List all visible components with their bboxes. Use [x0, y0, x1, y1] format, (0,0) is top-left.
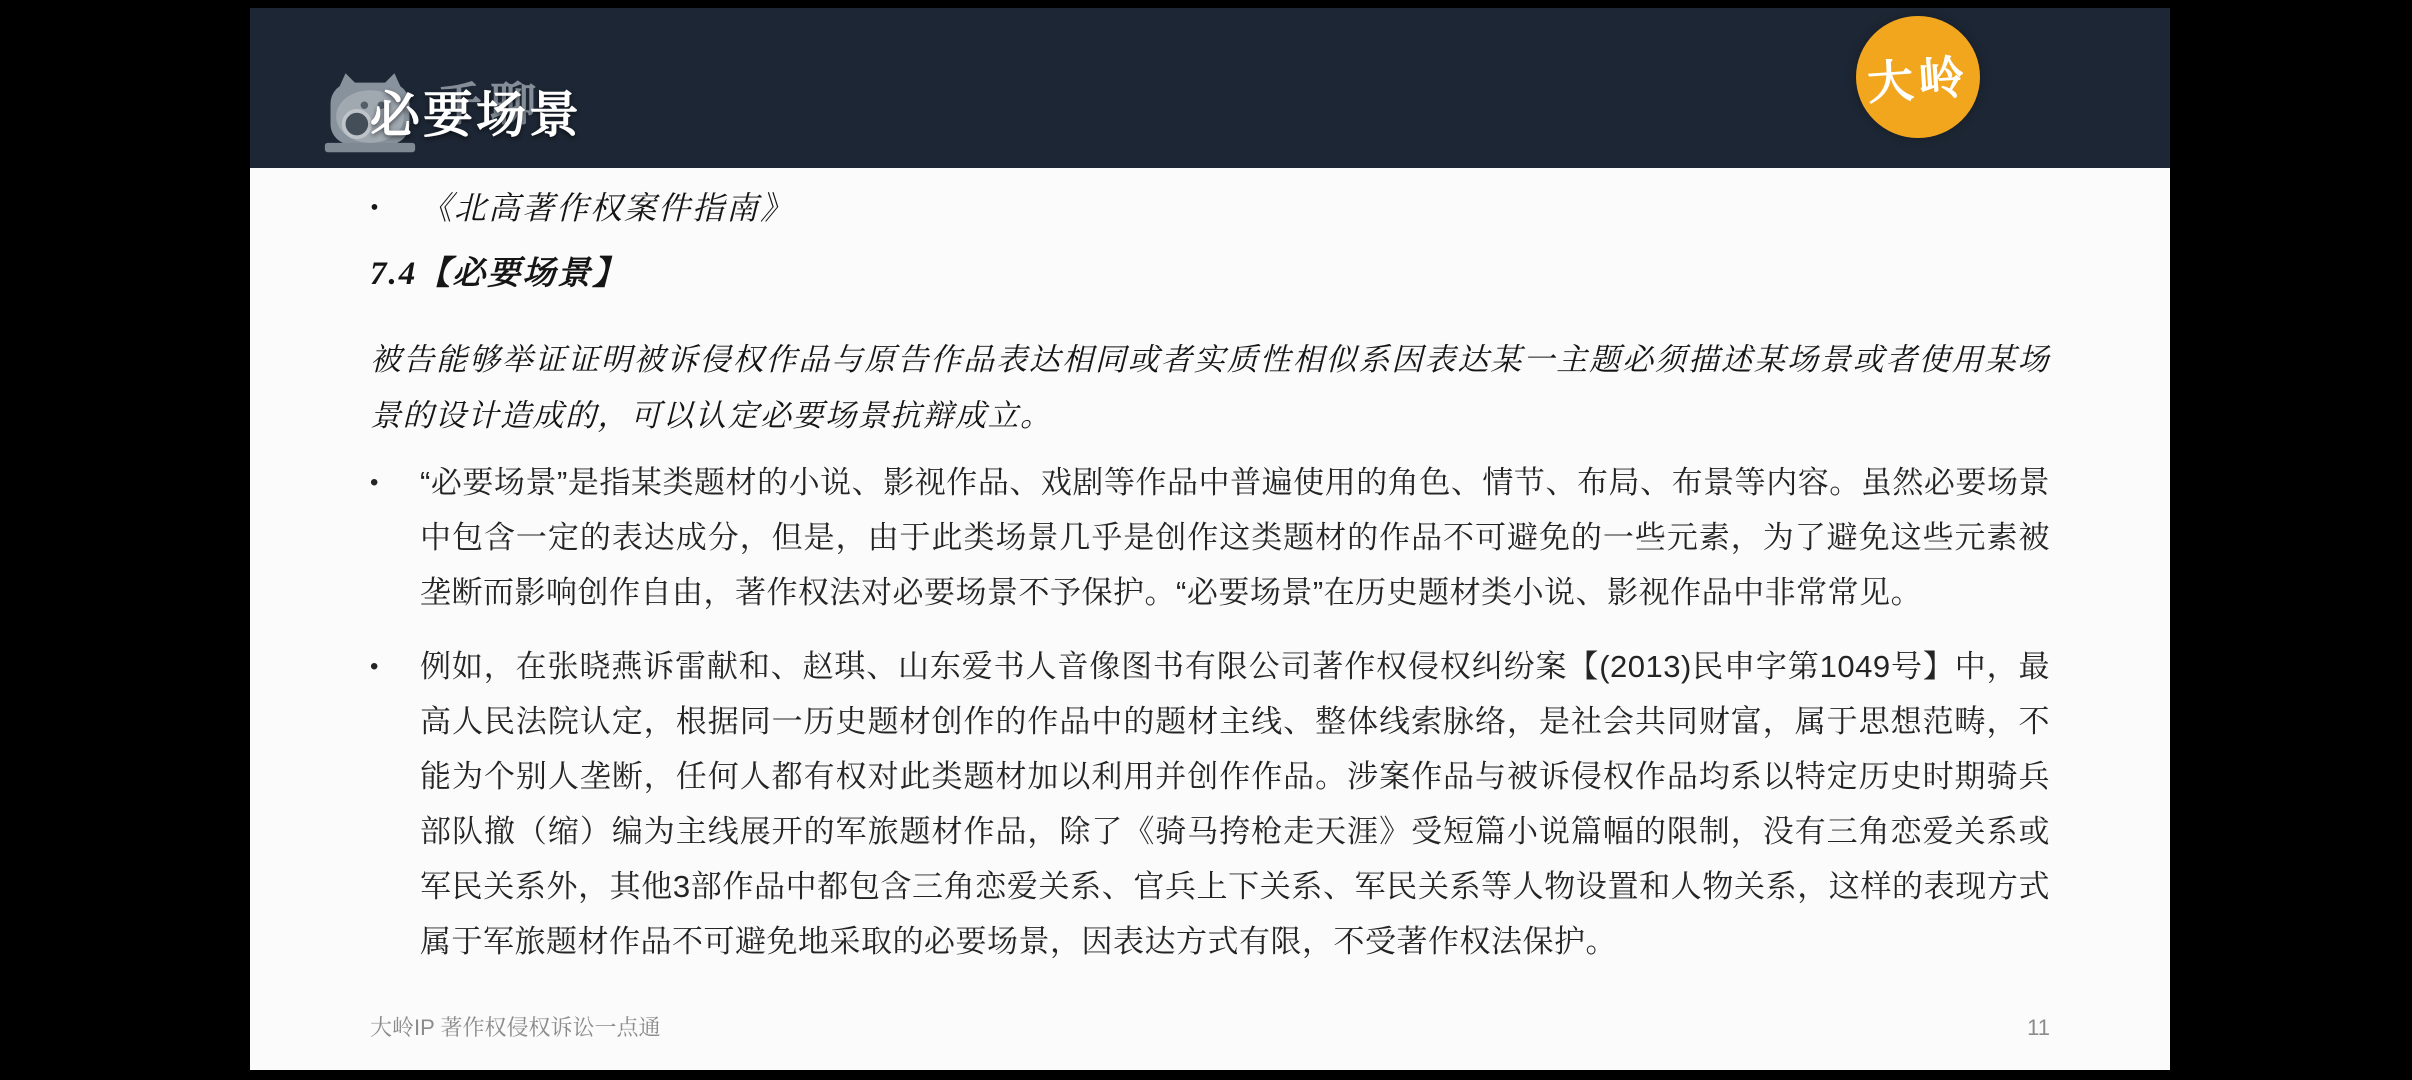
definition-bullet: • “必要场景”是指某类题材的小说、影视作品、戏剧等作品中普遍使用的角色、情节、… [370, 455, 2050, 620]
bullet-marker: • [370, 180, 420, 236]
case-example-bullet: • 例如，在张晓燕诉雷献和、赵琪、山东爱书人音像图书有限公司著作权侵权纠纷案【(… [370, 639, 2050, 969]
rule-paragraph: 被告能够举证证明被诉侵权作品与原告作品表达相同或者实质性相似系因表达某一主题必须… [370, 332, 2050, 444]
reference-title: 《北高著作权案件指南》 [420, 180, 794, 236]
section-heading: 7.4【必要场景】 [370, 246, 2050, 302]
footer-brand-text: 大岭IP 著作权侵权诉讼一点通 [370, 1011, 661, 1042]
slide-header: 千聊 必要场景 大岭 [250, 8, 2170, 168]
slide-body: • 《北高著作权案件指南》 7.4【必要场景】 被告能够举证证明被诉侵权作品与原… [250, 180, 2170, 969]
presentation-slide: 千聊 必要场景 大岭 • 《北高著作权案件指南》 7.4【必要场景】 被告能够举… [250, 8, 2170, 1070]
daling-logo-badge: 大岭 [1856, 16, 1980, 138]
bullet-marker: • [370, 639, 420, 969]
definition-text: “必要场景”是指某类题材的小说、影视作品、戏剧等作品中普遍使用的角色、情节、布局… [420, 455, 2050, 620]
video-letterbox-stage: 千聊 必要场景 大岭 • 《北高著作权案件指南》 7.4【必要场景】 被告能够举… [0, 0, 2412, 1080]
case-example-text: 例如，在张晓燕诉雷献和、赵琪、山东爱书人音像图书有限公司著作权侵权纠纷案【(20… [420, 639, 2050, 969]
slide-title: 必要场景 [370, 90, 582, 140]
slide-footer: 大岭IP 著作权侵权诉讼一点通 11 [370, 1011, 2050, 1042]
bullet-marker: • [370, 455, 420, 620]
reference-bullet: • 《北高著作权案件指南》 [370, 180, 2050, 236]
daling-logo-text: 大岭 [1865, 41, 1971, 114]
page-number: 11 [2027, 1015, 2050, 1041]
